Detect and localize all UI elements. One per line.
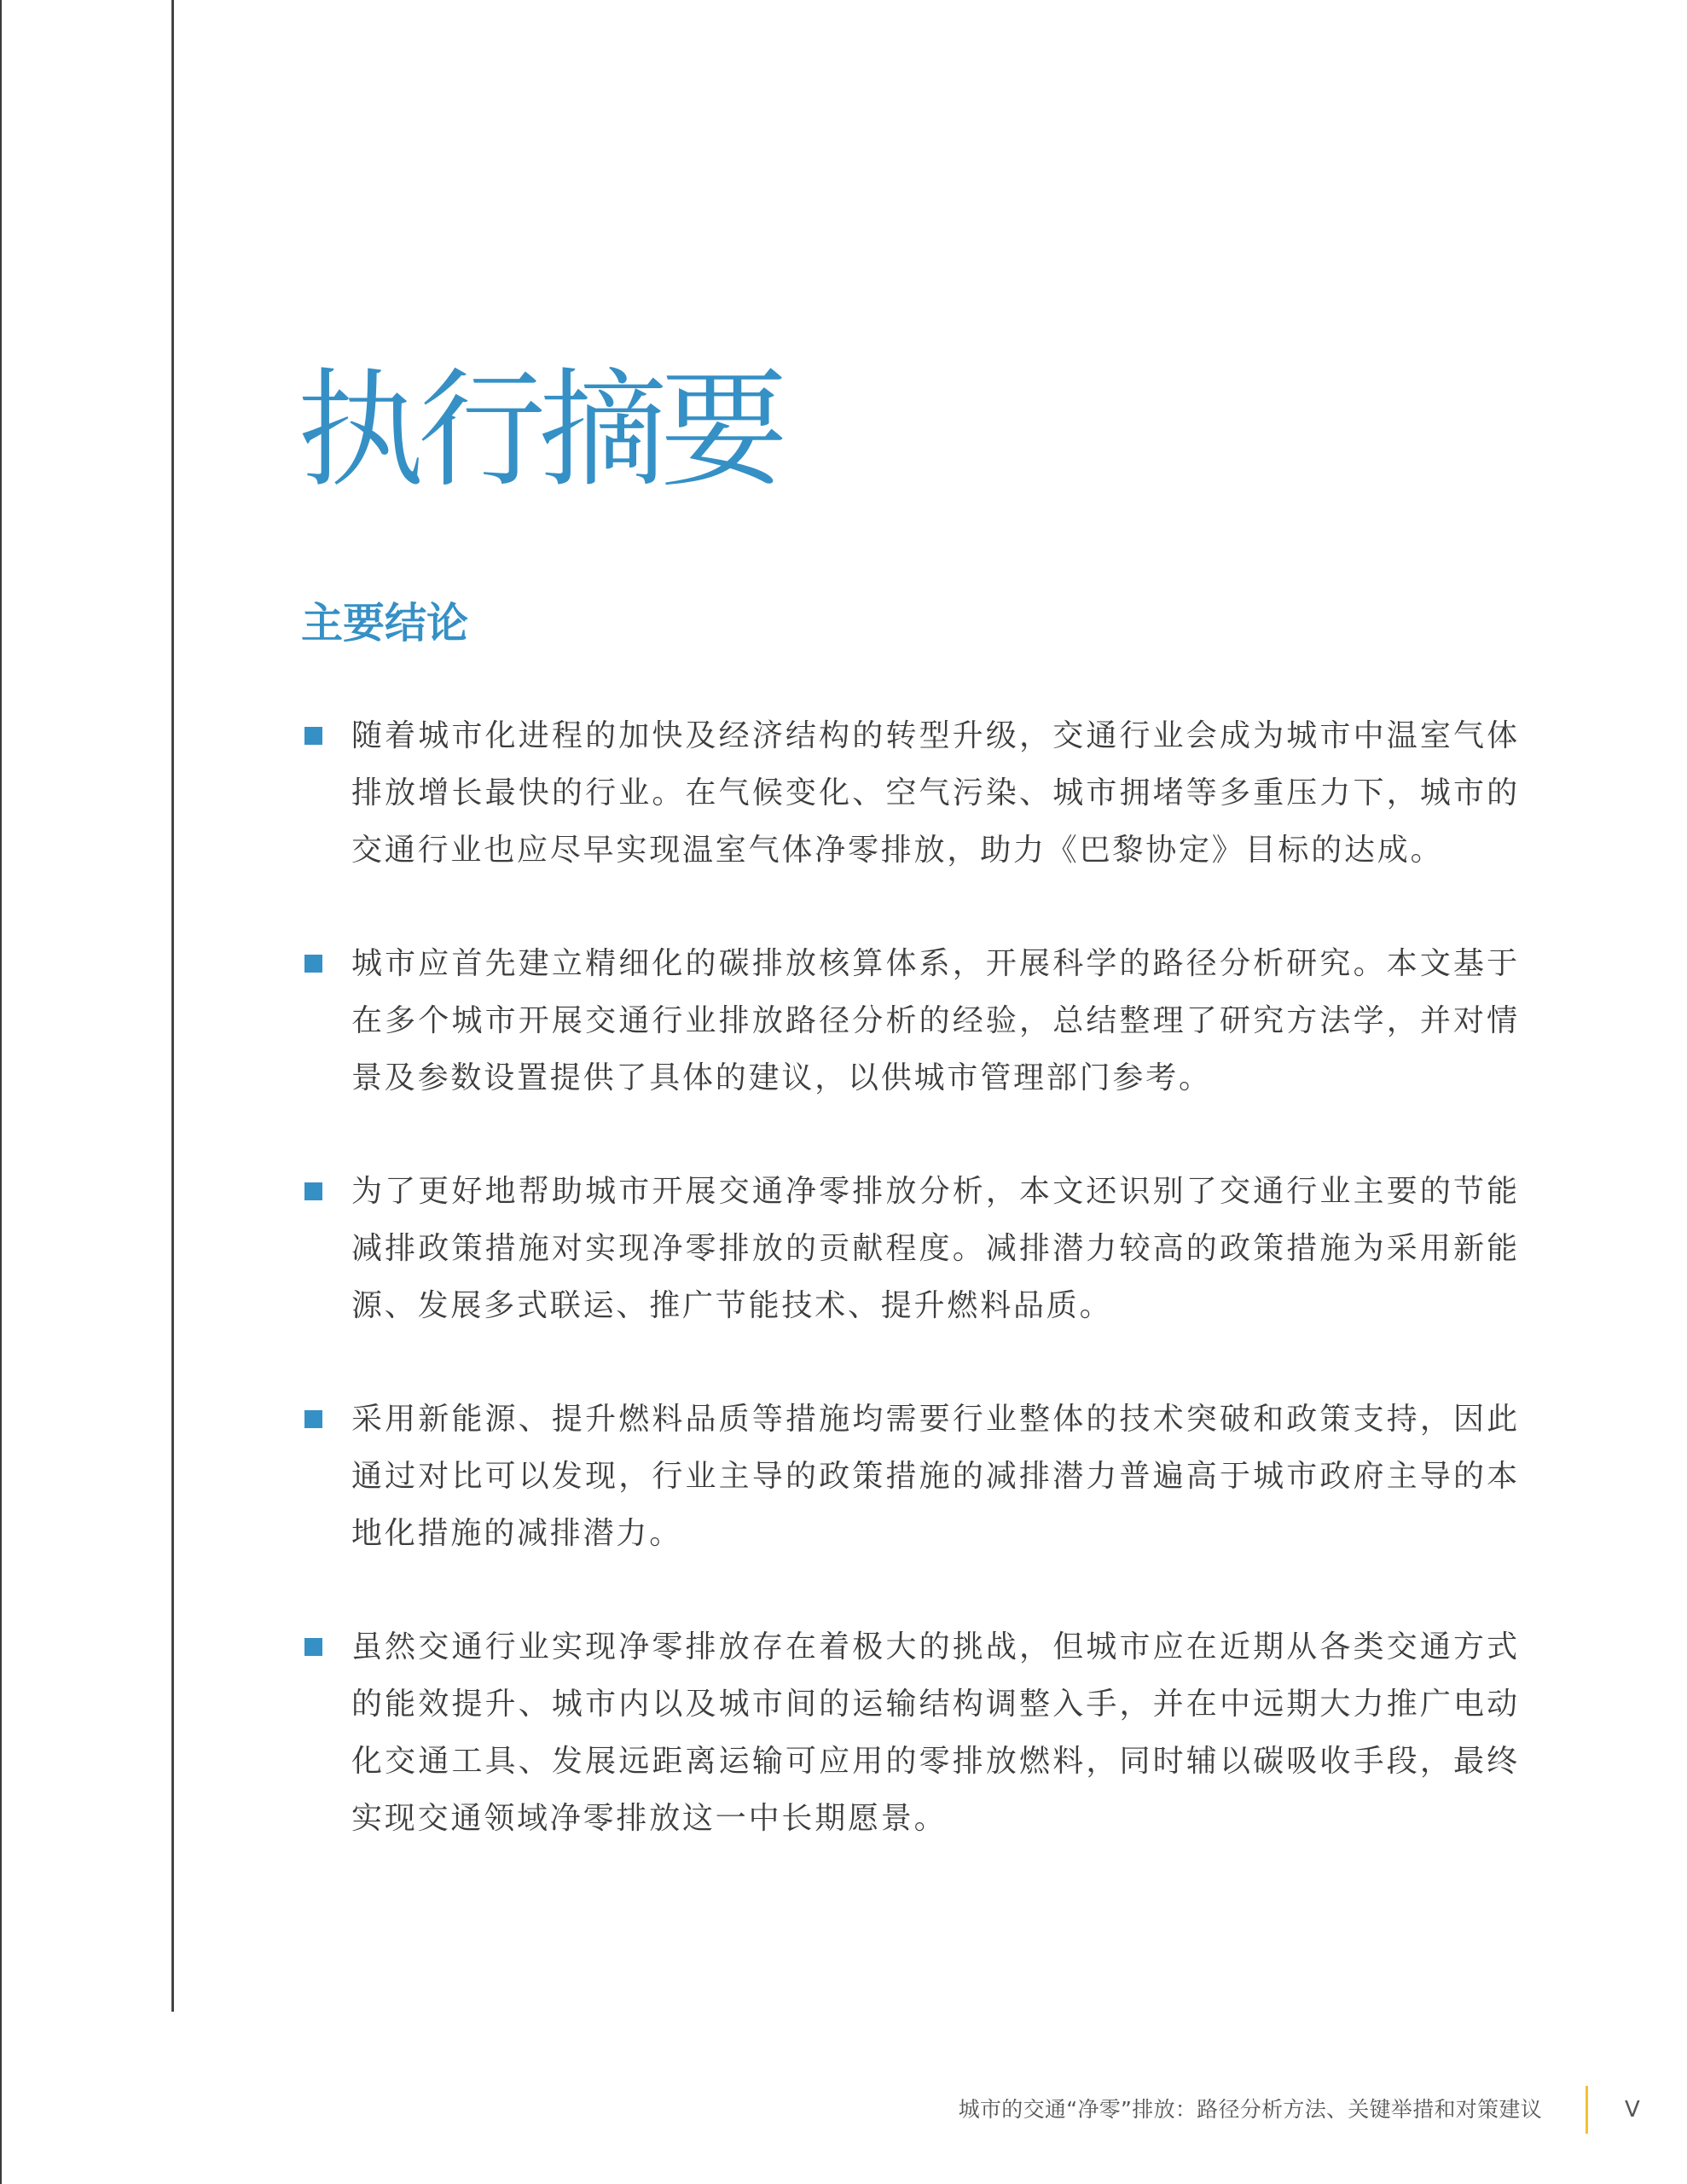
page-number: V	[1625, 2093, 1640, 2127]
square-bullet-icon	[304, 1182, 322, 1200]
finding-text: 城市应首先建立精细化的碳排放核算体系，开展科学的路径分析研究。本文基于在多个城市…	[351, 935, 1520, 1107]
finding-text: 随着城市化进程的加快及经济结构的转型升级，交通行业会成为城市中温室气体排放增长最…	[351, 707, 1520, 879]
finding-text: 采用新能源、提升燃料品质等措施均需要行业整体的技术突破和政策支持，因此通过对比可…	[351, 1391, 1520, 1562]
square-bullet-icon	[304, 1638, 322, 1656]
finding-text: 虽然交通行业实现净零排放存在着极大的挑战，但城市应在近期从各类交通方式的能效提升…	[351, 1618, 1520, 1847]
page-title: 执行摘要	[297, 350, 781, 512]
margin-rule-line	[171, 0, 174, 2012]
list-item-finding-3: 为了更好地帮助城市开展交通净零排放分析，本文还识别了交通行业主要的节能减排政策措…	[303, 1163, 1522, 1334]
key-findings-list: 随着城市化进程的加快及经济结构的转型升级，交通行业会成为城市中温室气体排放增长最…	[303, 707, 1522, 1903]
square-bullet-icon	[304, 727, 322, 745]
page-edge-line	[0, 0, 2, 2184]
list-item-finding-2: 城市应首先建立精细化的碳排放核算体系，开展科学的路径分析研究。本文基于在多个城市…	[303, 935, 1522, 1107]
page-footer: 城市的交通“净零”排放：路径分析方法、关键举措和对策建议 V	[0, 2086, 1687, 2134]
square-bullet-icon	[304, 1410, 322, 1428]
square-bullet-icon	[304, 955, 322, 973]
list-item-finding-4: 采用新能源、提升燃料品质等措施均需要行业整体的技术突破和政策支持，因此通过对比可…	[303, 1391, 1522, 1562]
finding-text: 为了更好地帮助城市开展交通净零排放分析，本文还识别了交通行业主要的节能减排政策措…	[351, 1163, 1520, 1334]
footer-divider-line	[1586, 2086, 1588, 2134]
list-item-finding-5: 虽然交通行业实现净零排放存在着极大的挑战，但城市应在近期从各类交通方式的能效提升…	[303, 1618, 1522, 1847]
running-title: 城市的交通“净零”排放：路径分析方法、关键举措和对策建议	[959, 2093, 1542, 2127]
section-heading: 主要结论	[301, 594, 468, 653]
list-item-finding-1: 随着城市化进程的加快及经济结构的转型升级，交通行业会成为城市中温室气体排放增长最…	[303, 707, 1522, 879]
